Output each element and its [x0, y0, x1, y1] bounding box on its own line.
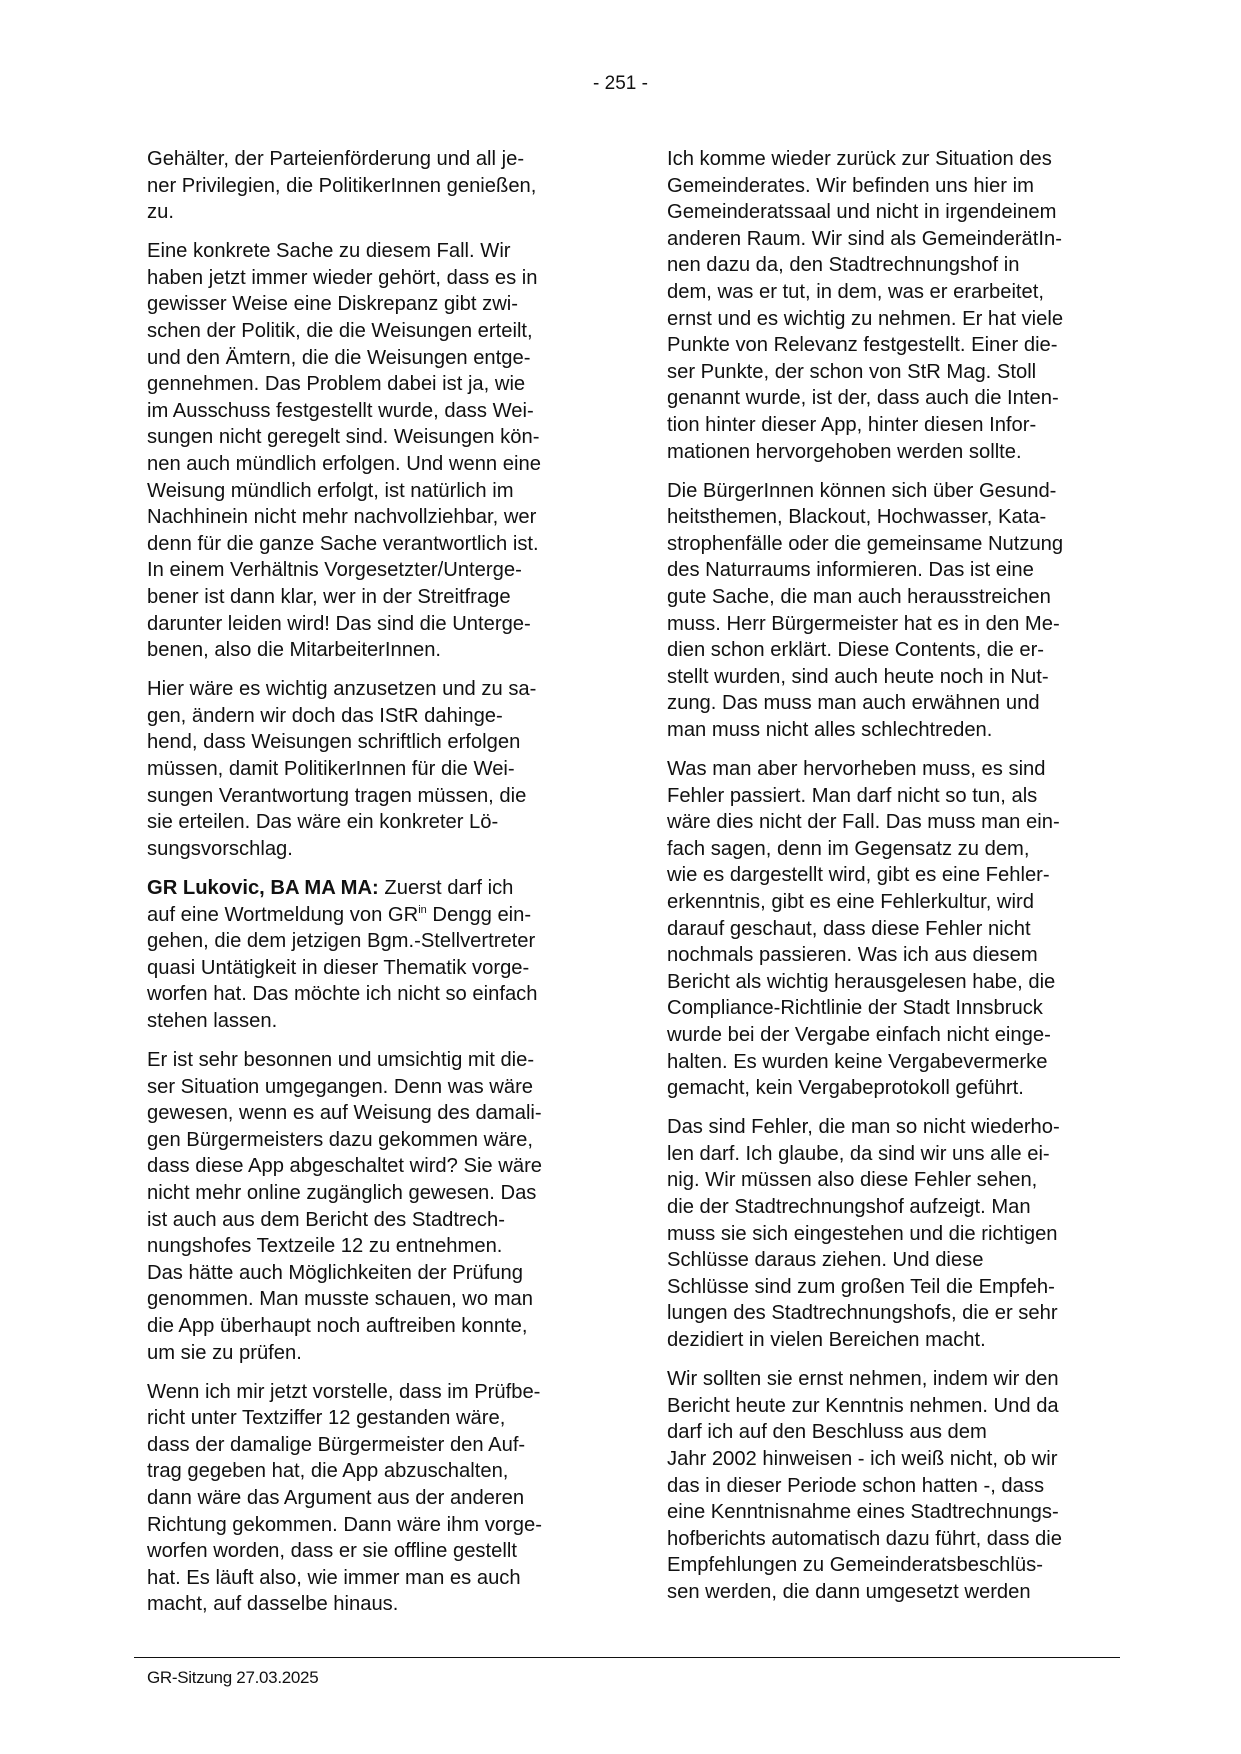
text-line: gewisser Weise eine Diskrepanz gibt zwi-	[147, 291, 607, 318]
text-line: Gehälter, der Parteienförderung und all …	[147, 146, 607, 173]
text-line: gemacht, kein Vergabeprotokoll geführt.	[667, 1075, 1129, 1102]
paragraph: Gehälter, der Parteienförderung und all …	[147, 146, 607, 226]
footer-divider	[134, 1657, 1120, 1658]
text-line: gen, ändern wir doch das IStR dahinge-	[147, 703, 607, 730]
text-line: haben jetzt immer wieder gehört, dass es…	[147, 265, 607, 292]
text-line: genommen. Man musste schauen, wo man	[147, 1286, 607, 1313]
text-line: sungen nicht geregelt sind. Weisungen kö…	[147, 424, 607, 451]
text-line: ner Privilegien, die PolitikerInnen geni…	[147, 173, 607, 200]
text-line: Schlüsse sind zum großen Teil die Empfeh…	[667, 1274, 1129, 1301]
text-line: Eine konkrete Sache zu diesem Fall. Wir	[147, 238, 607, 265]
paragraph: Was man aber hervorheben muss, es sind F…	[667, 756, 1129, 1102]
text-line: sie erteilen. Das wäre ein konkreter Lö-	[147, 809, 607, 836]
superscript: in	[418, 904, 427, 916]
text-line: Bericht heute zur Kenntnis nehmen. Und d…	[667, 1393, 1129, 1420]
text-line: hofberichts automatisch dazu führt, dass…	[667, 1526, 1129, 1553]
text-line: Gemeinderates. Wir befinden uns hier im	[667, 173, 1129, 200]
text-line: zung. Das muss man auch erwähnen und	[667, 690, 1129, 717]
text-line: Nachhinein nicht mehr nachvollziehbar, w…	[147, 504, 607, 531]
text-line: um sie zu prüfen.	[147, 1340, 607, 1367]
text-line: anderen Raum. Wir sind als GemeinderätIn…	[667, 226, 1129, 253]
left-column: Gehälter, der Parteienförderung und all …	[147, 146, 607, 1630]
text-line: gen Bürgermeisters dazu gekommen wäre,	[147, 1127, 607, 1154]
text-line: tion hinter dieser App, hinter diesen In…	[667, 412, 1129, 439]
text-line: eine Kenntnisnahme eines Stadtrechnungs-	[667, 1499, 1129, 1526]
text-line: sen werden, die dann umgesetzt werden	[667, 1579, 1129, 1606]
text-line: wäre dies nicht der Fall. Das muss man e…	[667, 809, 1129, 836]
text-line: nungshofes Textzeile 12 zu entnehmen.	[147, 1233, 607, 1260]
text-line: Ich komme wieder zurück zur Situation de…	[667, 146, 1129, 173]
text-line: nicht mehr online zugänglich gewesen. Da…	[147, 1180, 607, 1207]
text-line: dass der damalige Bürgermeister den Auf-	[147, 1432, 607, 1459]
text-line: mationen hervorgehoben werden sollte.	[667, 439, 1129, 466]
text-line: worfen hat. Das möchte ich nicht so einf…	[147, 981, 607, 1008]
text-line: richt unter Textziffer 12 gestanden wäre…	[147, 1405, 607, 1432]
text-line: Compliance-Richtlinie der Stadt Innsbruc…	[667, 995, 1129, 1022]
paragraph: Wir sollten sie ernst nehmen, indem wir …	[667, 1366, 1129, 1605]
text-line: ser Situation umgegangen. Denn was wäre	[147, 1074, 607, 1101]
text-line: fach sagen, denn im Gegensatz zu dem,	[667, 836, 1129, 863]
text-line: ernst und es wichtig zu nehmen. Er hat v…	[667, 306, 1129, 333]
text-line: Bericht als wichtig herausgelesen habe, …	[667, 969, 1129, 996]
text-line: Das hätte auch Möglichkeiten der Prüfung	[147, 1260, 607, 1287]
text-line: nochmals passieren. Was ich aus diesem	[667, 942, 1129, 969]
text-line: Wir sollten sie ernst nehmen, indem wir …	[667, 1366, 1129, 1393]
text-line: Was man aber hervorheben muss, es sind	[667, 756, 1129, 783]
text-line: stehen lassen.	[147, 1008, 607, 1035]
paragraph: Hier wäre es wichtig anzusetzen und zu s…	[147, 676, 607, 862]
page-number: - 251 -	[0, 72, 1241, 96]
text-line: schen der Politik, die die Weisungen ert…	[147, 318, 607, 345]
text-line: darauf geschaut, dass diese Fehler nicht	[667, 916, 1129, 943]
text-line: wurde bei der Vergabe einfach nicht eing…	[667, 1022, 1129, 1049]
text-line: Weisung mündlich erfolgt, ist natürlich …	[147, 478, 607, 505]
text-line: im Ausschuss festgestellt wurde, dass We…	[147, 398, 607, 425]
text-line: dass diese App abgeschaltet wird? Sie wä…	[147, 1153, 607, 1180]
text-line: halten. Es wurden keine Vergabevermerke	[667, 1049, 1129, 1076]
text-line: worfen worden, dass er sie offline geste…	[147, 1538, 607, 1565]
right-column: Ich komme wieder zurück zur Situation de…	[667, 146, 1129, 1618]
speaker-name: GR Lukovic, BA MA MA:	[147, 877, 379, 899]
text-line: Fehler passiert. Man darf nicht so tun, …	[667, 783, 1129, 810]
text-line: hat. Es läuft also, wie immer man es auc…	[147, 1565, 607, 1592]
text-line: wie es dargestellt wird, gibt es eine Fe…	[667, 862, 1129, 889]
text-line: gehen, die dem jetzigen Bgm.-Stellvertre…	[147, 928, 607, 955]
paragraph: Eine konkrete Sache zu diesem Fall. Wir …	[147, 238, 607, 664]
text-line: ser Punkte, der schon von StR Mag. Stoll	[667, 359, 1129, 386]
text-line: man muss nicht alles schlechtreden.	[667, 717, 1129, 744]
text-line: auf eine Wortmeldung von GRin Dengg ein-	[147, 902, 607, 929]
paragraph: Wenn ich mir jetzt vorstelle, dass im Pr…	[147, 1379, 607, 1618]
text-line: die App überhaupt noch auftreiben konnte…	[147, 1313, 607, 1340]
footer-session-date: GR-Sitzung 27.03.2025	[147, 1667, 318, 1689]
text-line: dezidiert in vielen Bereichen macht.	[667, 1327, 1129, 1354]
text-line: strophenfälle oder die gemeinsame Nutzun…	[667, 531, 1129, 558]
text-line: macht, auf dasselbe hinaus.	[147, 1591, 607, 1618]
text-line: bener ist dann klar, wer in der Streitfr…	[147, 584, 607, 611]
paragraph: Das sind Fehler, die man so nicht wieder…	[667, 1114, 1129, 1353]
text-line: das in dieser Periode schon hatten -, da…	[667, 1473, 1129, 1500]
text-line: des Naturraums informieren. Das ist eine	[667, 557, 1129, 584]
text-line: benen, also die MitarbeiterInnen.	[147, 637, 607, 664]
text-line: In einem Verhältnis Vorgesetzter/Unterge…	[147, 557, 607, 584]
text-line: len darf. Ich glaube, da sind wir uns al…	[667, 1141, 1129, 1168]
text-fragment: auf eine Wortmeldung von GR	[147, 904, 418, 926]
text-line: Richtung gekommen. Dann wäre ihm vorge-	[147, 1512, 607, 1539]
paragraph: Die BürgerInnen können sich über Gesund-…	[667, 478, 1129, 744]
text-line: hend, dass Weisungen schriftlich erfolge…	[147, 729, 607, 756]
text-line: dien schon erklärt. Diese Contents, die …	[667, 637, 1129, 664]
text-line: GR Lukovic, BA MA MA: Zuerst darf ich	[147, 875, 607, 902]
text-line: und den Ämtern, die die Weisungen entge-	[147, 345, 607, 372]
text-line: darunter leiden wird! Das sind die Unter…	[147, 611, 607, 638]
text-line: quasi Untätigkeit in dieser Thematik vor…	[147, 955, 607, 982]
text-line: muss sie sich eingestehen und die richti…	[667, 1221, 1129, 1248]
text-line: Schlüsse daraus ziehen. Und diese	[667, 1247, 1129, 1274]
text-line: gewesen, wenn es auf Weisung des damali-	[147, 1100, 607, 1127]
text-line: Empfehlungen zu Gemeinderatsbeschlüs-	[667, 1552, 1129, 1579]
text-line: Hier wäre es wichtig anzusetzen und zu s…	[147, 676, 607, 703]
text-line: sungsvorschlag.	[147, 836, 607, 863]
text-line: Jahr 2002 hinweisen - ich weiß nicht, ob…	[667, 1446, 1129, 1473]
text-line: muss. Herr Bürgermeister hat es in den M…	[667, 611, 1129, 638]
text-line: trag gegeben hat, die App abzuschalten,	[147, 1458, 607, 1485]
text-fragment: Zuerst darf ich	[379, 877, 514, 899]
text-line: darf ich auf den Beschluss aus dem	[667, 1419, 1129, 1446]
text-line: Die BürgerInnen können sich über Gesund-	[667, 478, 1129, 505]
text-line: denn für die ganze Sache verantwortlich …	[147, 531, 607, 558]
text-line: heitsthemen, Blackout, Hochwasser, Kata-	[667, 504, 1129, 531]
text-line: sungen Verantwortung tragen müssen, die	[147, 783, 607, 810]
text-line: dem, was er tut, in dem, was er erarbeit…	[667, 279, 1129, 306]
text-line: stellt wurden, sind auch heute noch in N…	[667, 664, 1129, 691]
text-line: zu.	[147, 199, 607, 226]
text-line: erkenntnis, gibt es eine Fehlerkultur, w…	[667, 889, 1129, 916]
text-line: lungen des Stadtrechnungshofs, die er se…	[667, 1300, 1129, 1327]
text-fragment: Dengg ein-	[427, 904, 531, 926]
text-line: nig. Wir müssen also diese Fehler sehen,	[667, 1167, 1129, 1194]
text-line: dann wäre das Argument aus der anderen	[147, 1485, 607, 1512]
text-line: nen auch mündlich erfolgen. Und wenn ein…	[147, 451, 607, 478]
text-line: Er ist sehr besonnen und umsichtig mit d…	[147, 1047, 607, 1074]
text-line: müssen, damit PolitikerInnen für die Wei…	[147, 756, 607, 783]
text-line: gute Sache, die man auch herausstreichen	[667, 584, 1129, 611]
text-line: ist auch aus dem Bericht des Stadtrech-	[147, 1207, 607, 1234]
text-line: Das sind Fehler, die man so nicht wieder…	[667, 1114, 1129, 1141]
text-line: nen dazu da, den Stadtrechnungshof in	[667, 252, 1129, 279]
text-line: genannt wurde, ist der, dass auch die In…	[667, 385, 1129, 412]
paragraph: Ich komme wieder zurück zur Situation de…	[667, 146, 1129, 465]
text-line: Gemeinderatssaal und nicht in irgendeine…	[667, 199, 1129, 226]
speaker-paragraph: GR Lukovic, BA MA MA: Zuerst darf ich au…	[147, 875, 607, 1035]
text-line: Punkte von Relevanz festgestellt. Einer …	[667, 332, 1129, 359]
text-line: die der Stadtrechnungshof aufzeigt. Man	[667, 1194, 1129, 1221]
paragraph: Er ist sehr besonnen und umsichtig mit d…	[147, 1047, 607, 1366]
text-line: gennehmen. Das Problem dabei ist ja, wie	[147, 371, 607, 398]
text-line: Wenn ich mir jetzt vorstelle, dass im Pr…	[147, 1379, 607, 1406]
